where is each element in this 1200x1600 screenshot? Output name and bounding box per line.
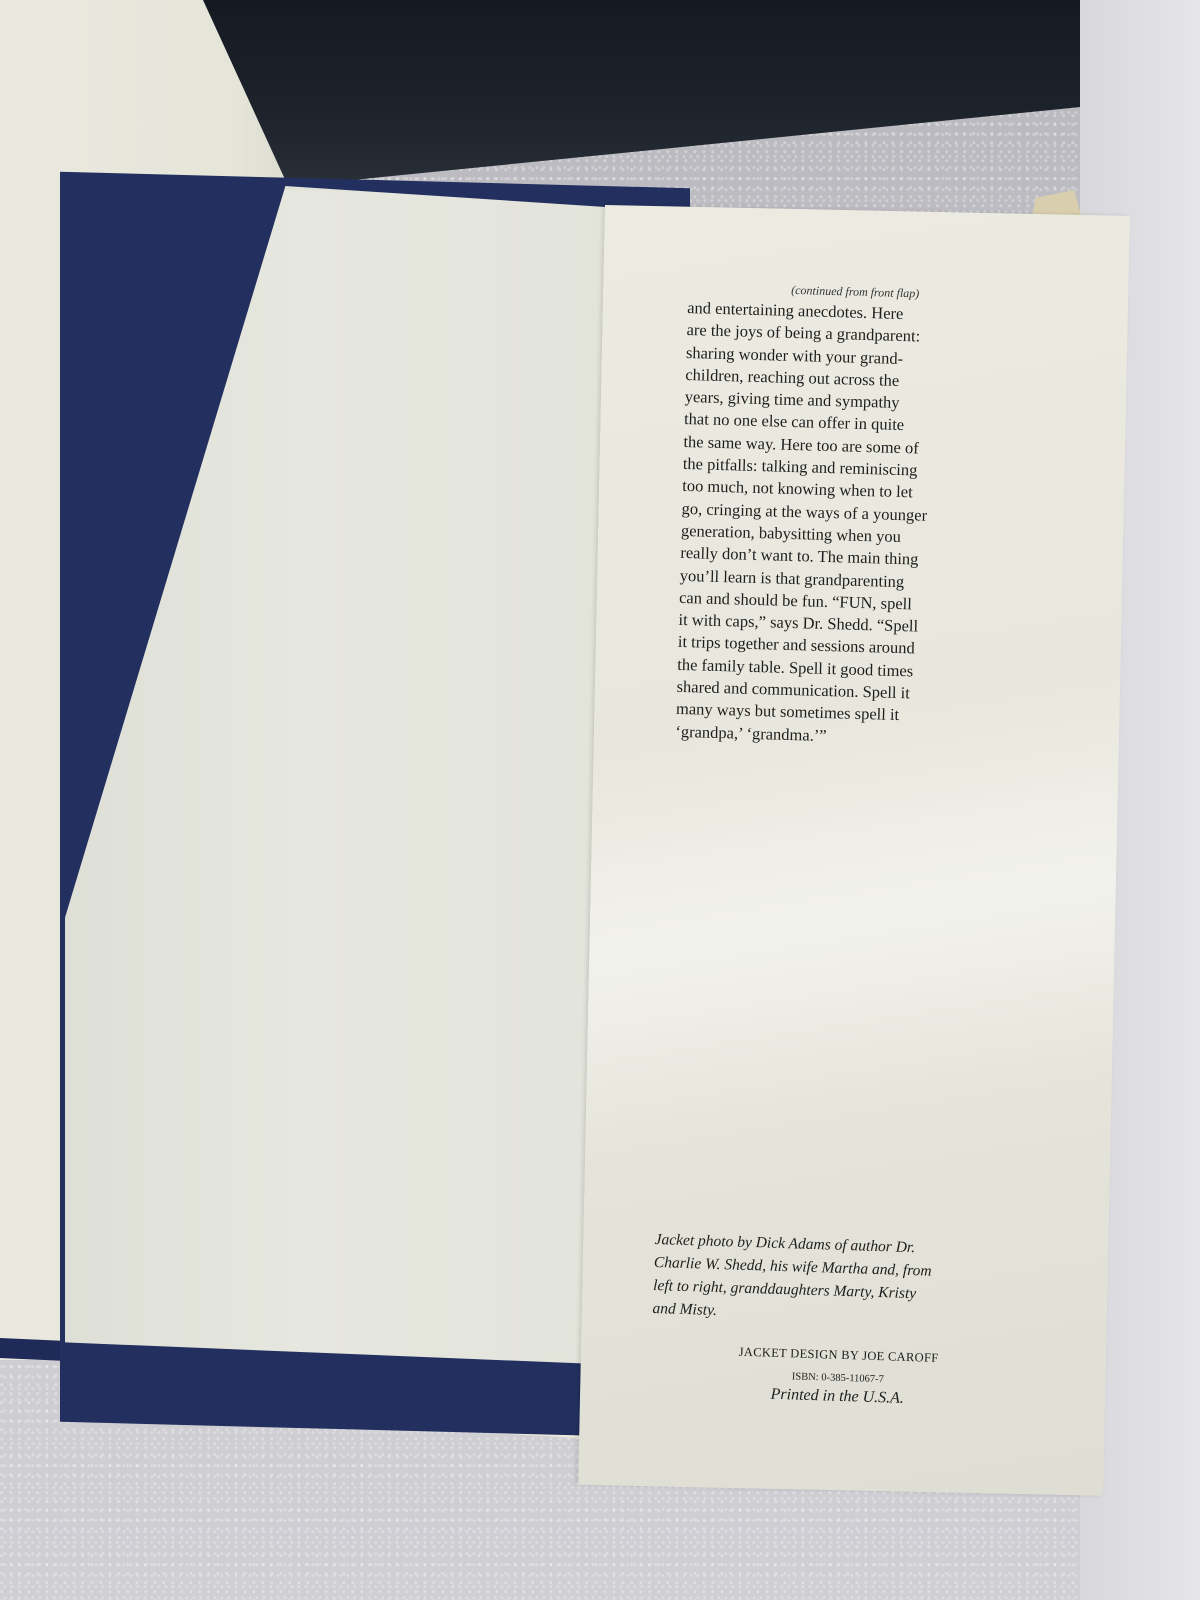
jacket-design-credit: JACKET DESIGN BY JOE CAROFF [671,1343,1006,1369]
photo-scene: (continued from front flap) and entertai… [0,0,1200,1600]
flap-text-block: (continued from front flap) and entertai… [675,280,1003,752]
photo-credit: Jacket photo by Dick Adams of author Dr.… [652,1228,1010,1331]
flap-body-text: and entertaining anecdotes. Here are the… [675,297,1002,752]
credits-block: Jacket photo by Dick Adams of author Dr.… [650,1228,1010,1411]
